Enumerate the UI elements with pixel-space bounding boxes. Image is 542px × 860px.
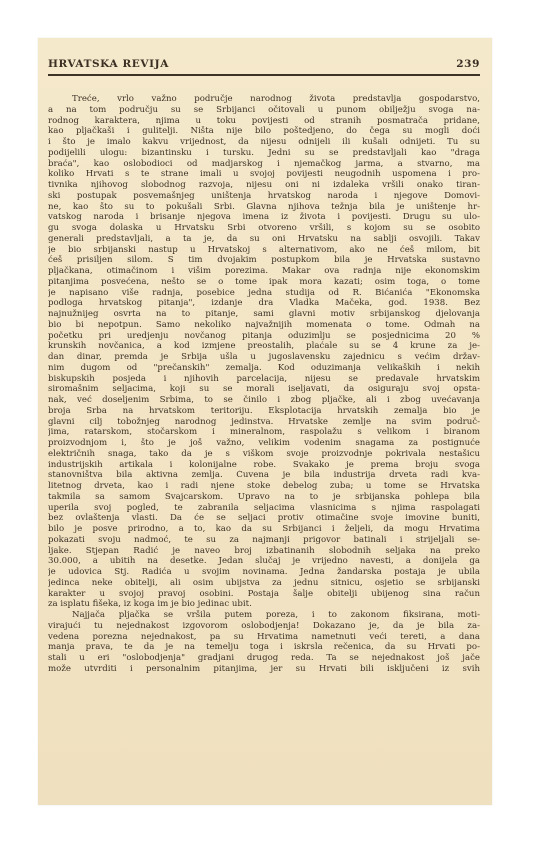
article-body: Treće, vrlo važno područje narodnog živo… [48, 94, 480, 675]
text-line: vatskog naroda i brisanje njegova imena … [48, 212, 480, 223]
text-line: nim dugom od "prečanskih" zemalja. Kod o… [48, 363, 480, 374]
page-number: 239 [456, 58, 480, 70]
text-line: stanovništva bila aktivna zemlja. Čuvena… [48, 470, 480, 481]
text-line: može utvrditi i personalnim pitanjima, j… [48, 664, 480, 675]
text-line: proizvodnjom i, što je još važno, veliki… [48, 438, 480, 449]
text-line: takmila sa samom Švajcarskom. Upravo na … [48, 492, 480, 503]
text-line: bio bi nepotpun. Samo nekoliko najvažnij… [48, 320, 480, 331]
text-line: pljačkana, otimačinom i višim porezima. … [48, 266, 480, 277]
text-line: uperila svoj pogled, te zabranila seljac… [48, 503, 480, 514]
text-line: električnih snaga, tako da je s viškom s… [48, 449, 480, 460]
text-line: industrijskih artikala i kolonijalne rob… [48, 460, 480, 471]
text-line: ćeš prisiljen silom. S tim dvojakim post… [48, 255, 480, 266]
text-line: bez ovlaštenja vlasti. Da će se seljaci … [48, 513, 480, 524]
text-line: je bio srbijanski nastup u Hrvatskoj s a… [48, 245, 480, 256]
text-line: a na tom području su se Srbijanci očitov… [48, 105, 480, 116]
text-line: virajući tu nejednakost izgovorom oslobo… [48, 621, 480, 632]
text-line: pitanjima posvećena, nešto se o tome ipa… [48, 277, 480, 288]
text-line: jima, ratarskom, stočarskom i mineralnom… [48, 427, 480, 438]
running-header: HRVATSKA REVIJA 239 [48, 54, 480, 70]
text-line: je napisano više radnja, posebice jedna … [48, 288, 480, 299]
text-line: početku pri uredjenju novčanog pitanja o… [48, 331, 480, 342]
text-line: tivnika njihovog slobodnog razvoja, nije… [48, 180, 480, 191]
text-line: kao pljačkaši i gulitelji. Ništa nije bi… [48, 126, 480, 137]
text-line: za isplatu fišeka, iz koga im je bio jed… [48, 599, 480, 610]
text-line: je udovica Stj. Radića u svojim novinama… [48, 567, 480, 578]
text-line: stali u eri "oslobodjenja" gradjani drug… [48, 653, 480, 664]
text-line: rodnog karaktera, njima u toku povijesti… [48, 116, 480, 127]
text-line: nak, već doseljenim Srbima, to se činilo… [48, 395, 480, 406]
text-line: siromašnim seljacima, koji su se morali … [48, 384, 480, 395]
text-line: krunskih novčanica, a kod izmjene preost… [48, 341, 480, 352]
paragraph-2: Najjača pljačka se vršila putem poreza, … [48, 610, 480, 675]
text-line: Treće, vrlo važno područje narodnog živo… [48, 94, 480, 105]
text-line: generali predstavljali, a ta je, da su o… [48, 234, 480, 245]
text-line: jedinca neke obitelji, ali osim ubijstva… [48, 578, 480, 589]
text-line: braća", kao oslobodioci od madjarskog i … [48, 159, 480, 170]
text-line: i što je imalo kakvu vrijednost, da nije… [48, 137, 480, 148]
text-line: najnužnijeg osvrta na to pitanje, sami g… [48, 309, 480, 320]
paragraph-1: Treće, vrlo važno područje narodnog živo… [48, 94, 480, 610]
text-line: biskupskih posjeda i njihovih parcelacij… [48, 374, 480, 385]
text-line: ljake. Stjepan Radić je naveo broj izbat… [48, 546, 480, 557]
journal-title: HRVATSKA REVIJA [48, 58, 169, 70]
text-line: glavni cilj tobožnjeg narodnog jedinstva… [48, 417, 480, 428]
text-line: vedena porezna nejednakost, pa su Hrvati… [48, 632, 480, 643]
text-line: podloga hrvatskog pitanja", izdanje dra … [48, 298, 480, 309]
text-line: broja Srba na hrvatskom teritoriju. Eksp… [48, 406, 480, 417]
text-line: bilo je posve prirodno, a to, kao da su … [48, 524, 480, 535]
text-line: gu svoga dolaska u Hrvatsku Srbi otvoren… [48, 223, 480, 234]
text-line: dan dinar, premda je Srbija ušla u jugos… [48, 352, 480, 363]
text-line: Najjača pljačka se vršila putem poreza, … [48, 610, 480, 621]
text-line: pokazati svoju nadmoć, te su za najmanji… [48, 535, 480, 546]
text-line: koliko Hrvati s te strane imali u svojoj… [48, 169, 480, 180]
text-line: ne, kao što su to pokušali Srbi. Glavna … [48, 202, 480, 213]
text-line: manja prava, te da je na temelju toga i … [48, 642, 480, 653]
text-line: podijelili ulogu: bizantinsku i tursku. … [48, 148, 480, 159]
text-line: karakter u svojoj pravoj osobini. Postaj… [48, 589, 480, 600]
text-line: 30.000, a ubitih na desetke. Jedan sluča… [48, 556, 480, 567]
header-rule [48, 74, 480, 76]
scanned-page: HRVATSKA REVIJA 239 Treće, vrlo važno po… [38, 38, 492, 805]
text-line: litetnog drveta, kao i radi njene stoke … [48, 481, 480, 492]
text-line: ski postupak posvemašnjeg uništenja hrva… [48, 191, 480, 202]
